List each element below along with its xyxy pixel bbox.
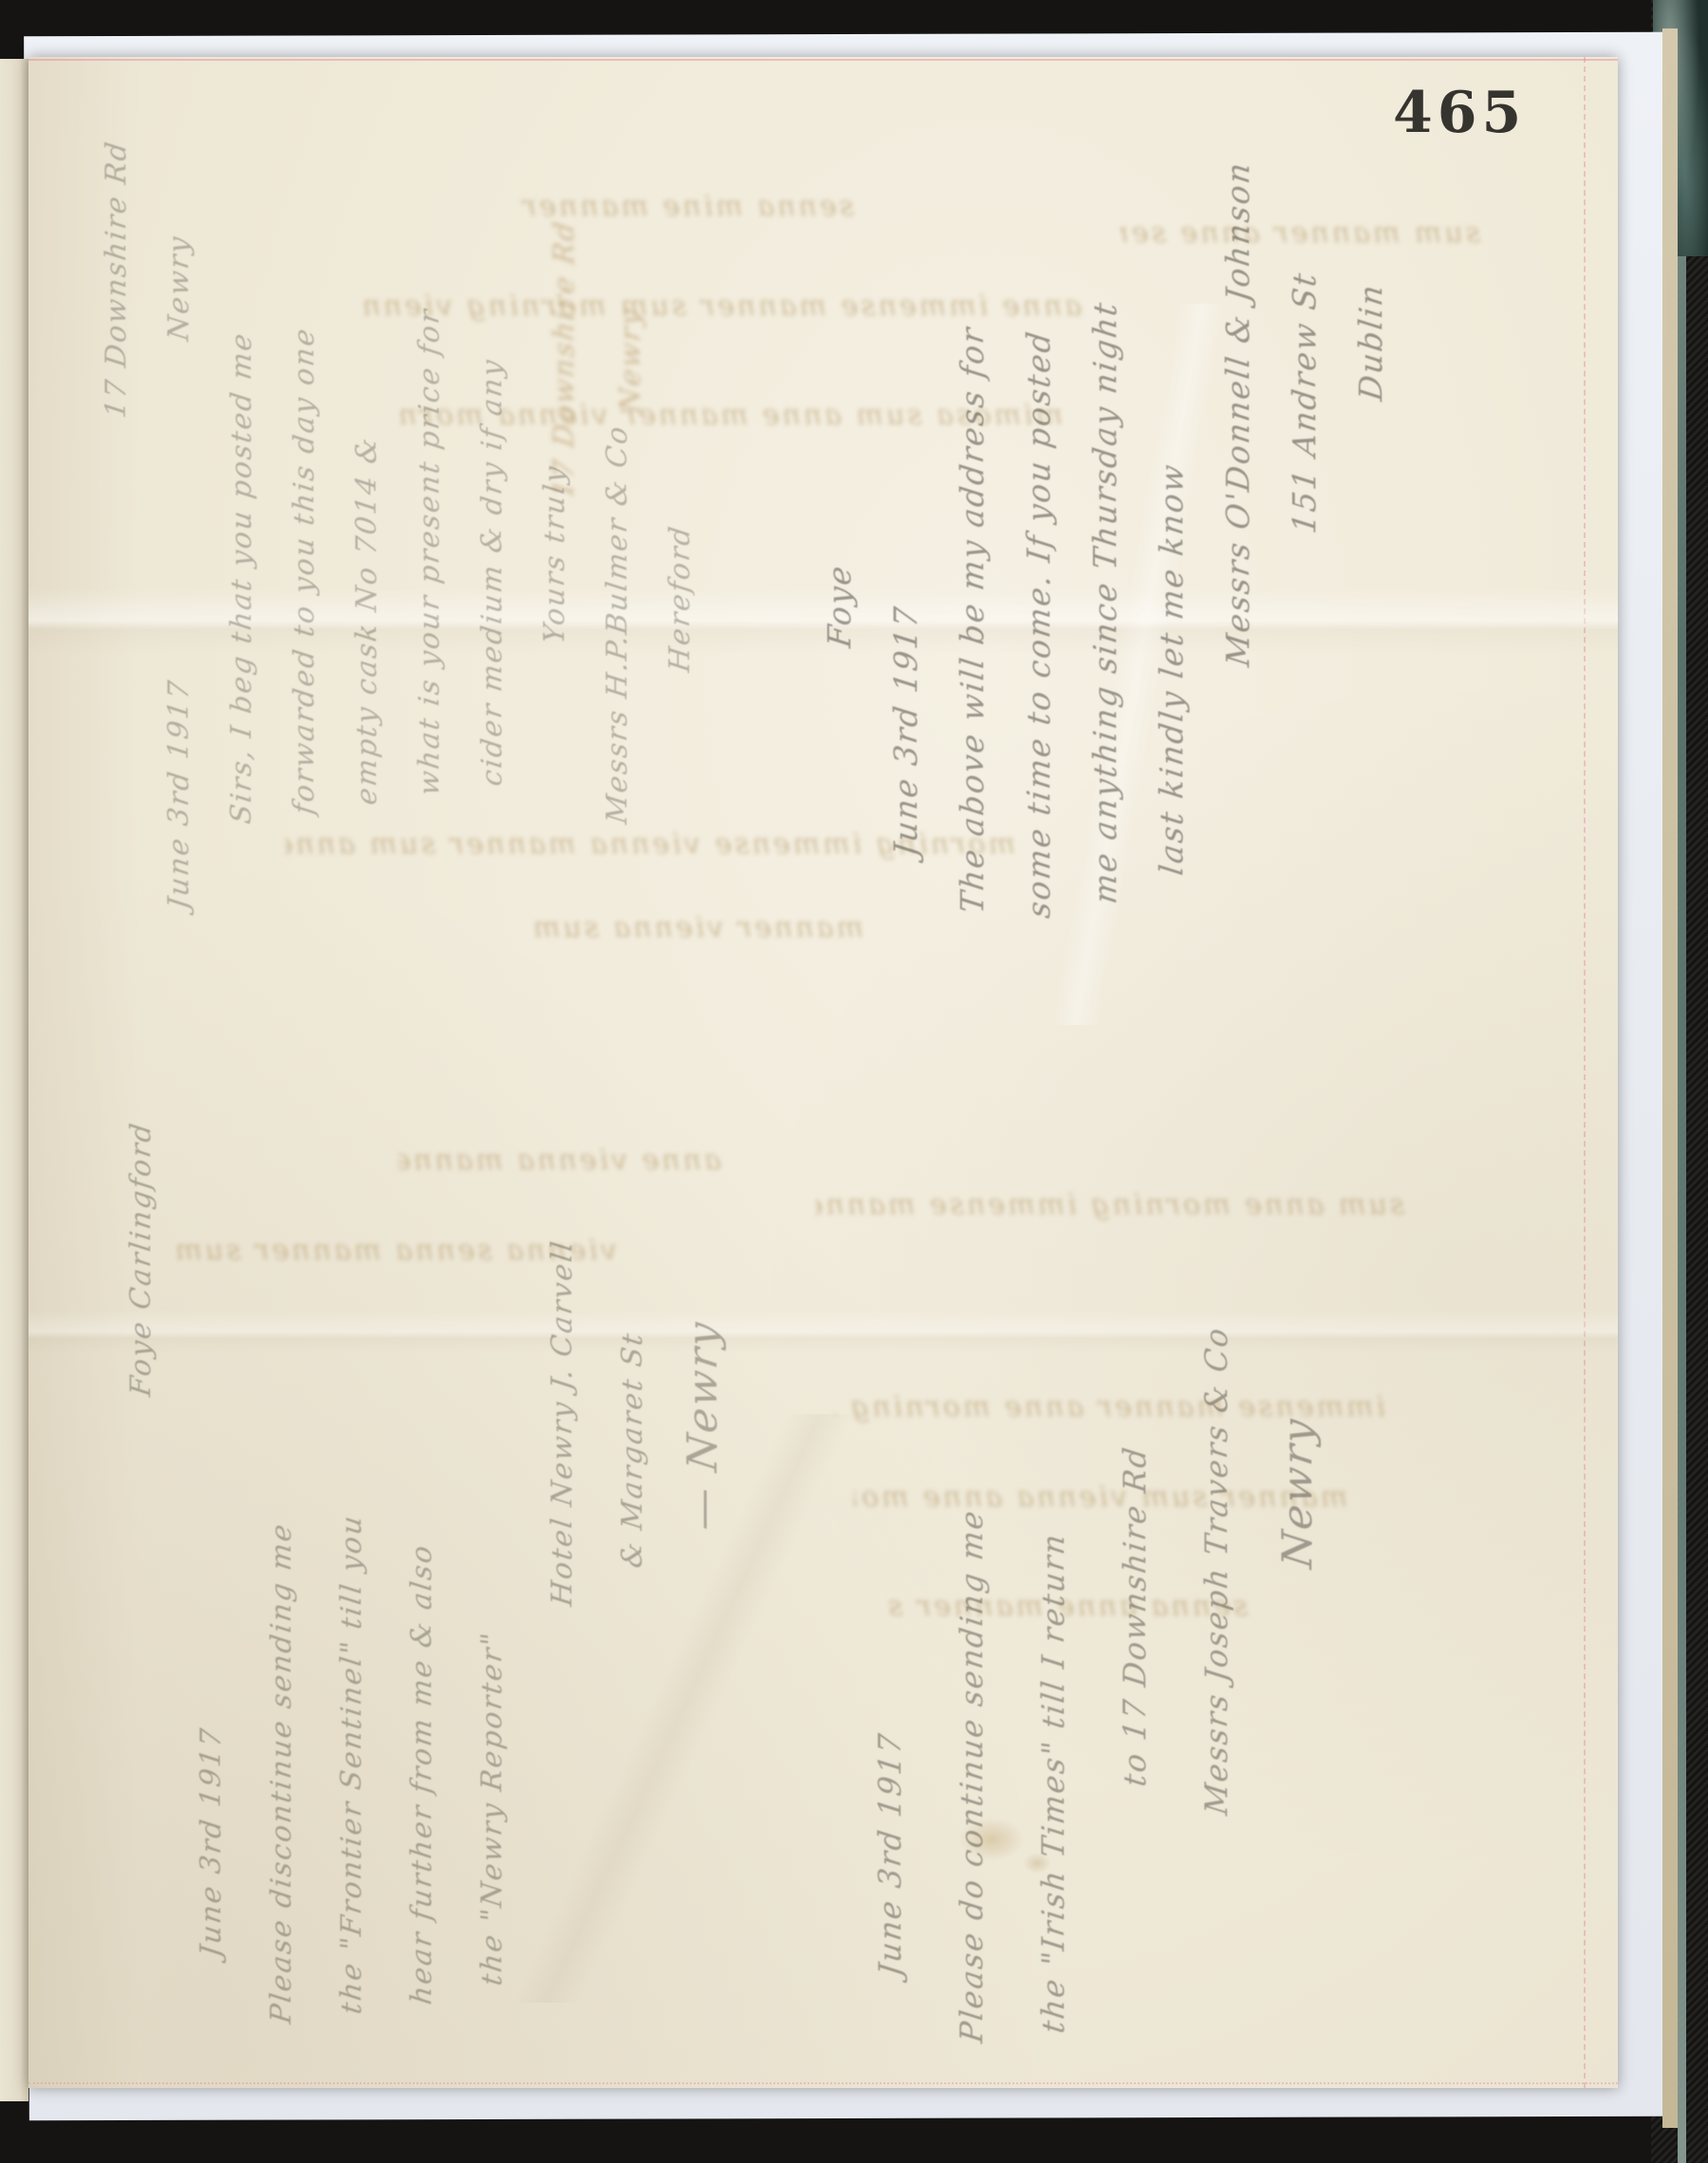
handwriting-address: 17 Downshire Rd <box>85 70 148 970</box>
handwriting-recipient: Dublin <box>1338 57 1404 936</box>
handwriting-line: some time to come. If you posted <box>1006 57 1072 936</box>
handwriting-line: Please do continue sending me <box>931 1146 1012 2088</box>
handwriting-recipient: Messrs Joseph Travers & Co <box>1176 1146 1257 2088</box>
handwriting-line: hear further from me & also <box>387 1098 457 2088</box>
handwriting-date: June 3rd 1917 <box>148 675 211 913</box>
handwriting-recipient: Newry <box>1257 1146 1339 2088</box>
handwriting-place: Foye Carlingford <box>106 1098 176 2088</box>
handwriting-line: cider medium & dry if any <box>461 70 524 970</box>
handwriting-recipient: Messrs H.P.Bulmer & Co <box>586 70 649 970</box>
page-block-edge <box>1662 28 1678 2128</box>
handwriting-recipient: Hereford <box>649 70 712 970</box>
scanned-letterbook-page: 465 anne immense manner sum morning vien… <box>0 0 1708 2163</box>
handwriting-line: me anything since Thursday night <box>1072 57 1139 936</box>
letter-carlingford: Foye Carlingford June 3rd 1917 Please di… <box>106 1103 761 2088</box>
handwriting-town: Newry <box>148 232 211 345</box>
letter-bulmer: 17 Downshire Rd June 3rd 1917 Newry Sirs… <box>85 74 740 966</box>
handwriting-line: June 3rd 1917 Newry <box>148 70 211 970</box>
handwriting-line: what is your present price for <box>399 70 461 970</box>
handwriting-place: Foye <box>807 57 873 936</box>
handwriting-date: June 3rd 1917 <box>849 1146 931 2088</box>
book-cover-teal-edge <box>1678 0 1686 2163</box>
handwriting-recipient: & Margaret St <box>598 1098 668 2088</box>
copybook-page: 465 anne immense manner sum morning vien… <box>28 57 1618 2088</box>
handwriting-line: The above will be my address for <box>939 57 1006 936</box>
handwriting-line: last kindly let me know <box>1139 57 1205 936</box>
handwriting-recipient: — Newry <box>668 1098 738 2088</box>
handwriting-date: June 3rd 1917 <box>176 1098 247 2088</box>
handwriting-line: forwarded to you this day one <box>273 70 336 970</box>
handwriting-line: empty cask No 7014 & <box>336 70 399 970</box>
red-margin-rule-right <box>1584 57 1586 2088</box>
handwriting-recipient: Hotel Newry J. Carvell <box>528 1098 598 2088</box>
letter-newry: June 3rd 1917 Please do continue sending… <box>802 1150 1395 2088</box>
handwriting-line: the "Irish Times" till I return <box>1012 1146 1094 2088</box>
handwriting-line: the "Frontier Sentinel" till you <box>317 1098 387 2088</box>
handwriting-line: Yours truly <box>524 70 586 970</box>
handwriting-date: June 3rd 1917 <box>873 57 939 936</box>
handwriting-line: Please discontinue sending me <box>247 1098 317 2088</box>
handwriting-recipient: Messrs O'Donnell & Johnson <box>1205 57 1272 936</box>
handwriting-line: Sirs, I beg that you posted me <box>211 70 273 970</box>
previous-page-edge <box>0 59 28 2101</box>
handwriting-recipient: 151 Andrew St <box>1272 57 1338 936</box>
letter-dublin: Foye June 3rd 1917 The above will be my … <box>807 59 1414 932</box>
handwriting-line: the "Newry Reporter" <box>457 1098 528 2088</box>
handwriting-line: to 17 Downshire Rd <box>1094 1146 1176 2088</box>
